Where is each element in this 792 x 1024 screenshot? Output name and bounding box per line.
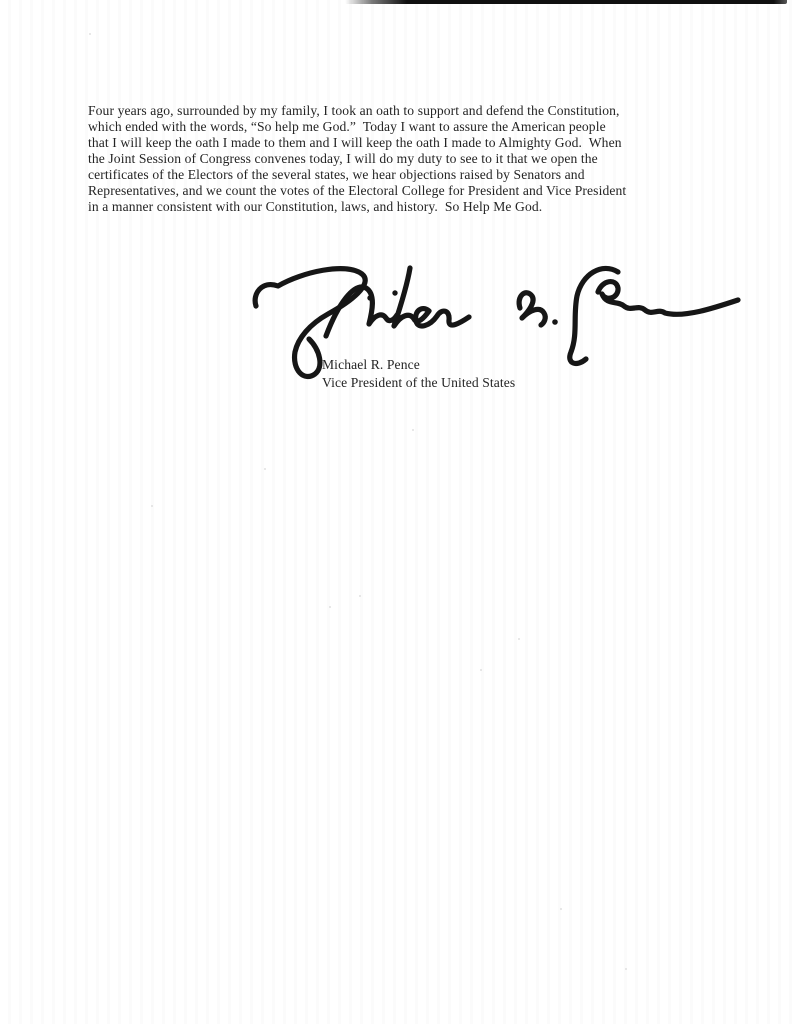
scan-speck xyxy=(264,468,266,470)
signature-block: Michael R. Pence Vice President of the U… xyxy=(322,356,515,391)
scan-speck xyxy=(518,638,520,640)
scan-speck xyxy=(329,606,331,608)
body-line: the Joint Session of Congress convenes t… xyxy=(88,151,728,167)
signer-name: Michael R. Pence xyxy=(322,356,515,374)
signature-i-dot xyxy=(392,290,397,295)
body-line: in a manner consistent with our Constitu… xyxy=(88,199,728,215)
body-line: Four years ago, surrounded by my family,… xyxy=(88,103,728,119)
scan-speck xyxy=(412,429,414,431)
signature-stroke-ence-tail xyxy=(598,282,738,315)
signer-title: Vice President of the United States xyxy=(322,374,515,392)
scan-artifact-top-edge xyxy=(345,0,787,4)
body-line: that I will keep the oath I made to them… xyxy=(88,135,728,151)
letter-page: Four years ago, surrounded by my family,… xyxy=(0,0,792,1024)
body-line: which ended with the words, “So help me … xyxy=(88,119,728,135)
scan-speck xyxy=(151,505,153,507)
body-line: certificates of the Electors of the seve… xyxy=(88,167,728,183)
scan-speck xyxy=(560,908,562,910)
signature-period-dot xyxy=(552,319,558,325)
signature-stroke-middle-initial xyxy=(519,293,545,325)
scan-speck xyxy=(89,33,91,35)
scan-speck xyxy=(480,669,482,671)
signature-i-dot xyxy=(367,295,372,300)
scan-speck xyxy=(625,968,627,970)
letter-body: Four years ago, surrounded by my family,… xyxy=(88,103,728,215)
body-line: Representatives, and we count the votes … xyxy=(88,183,728,199)
scan-speck xyxy=(359,595,361,597)
